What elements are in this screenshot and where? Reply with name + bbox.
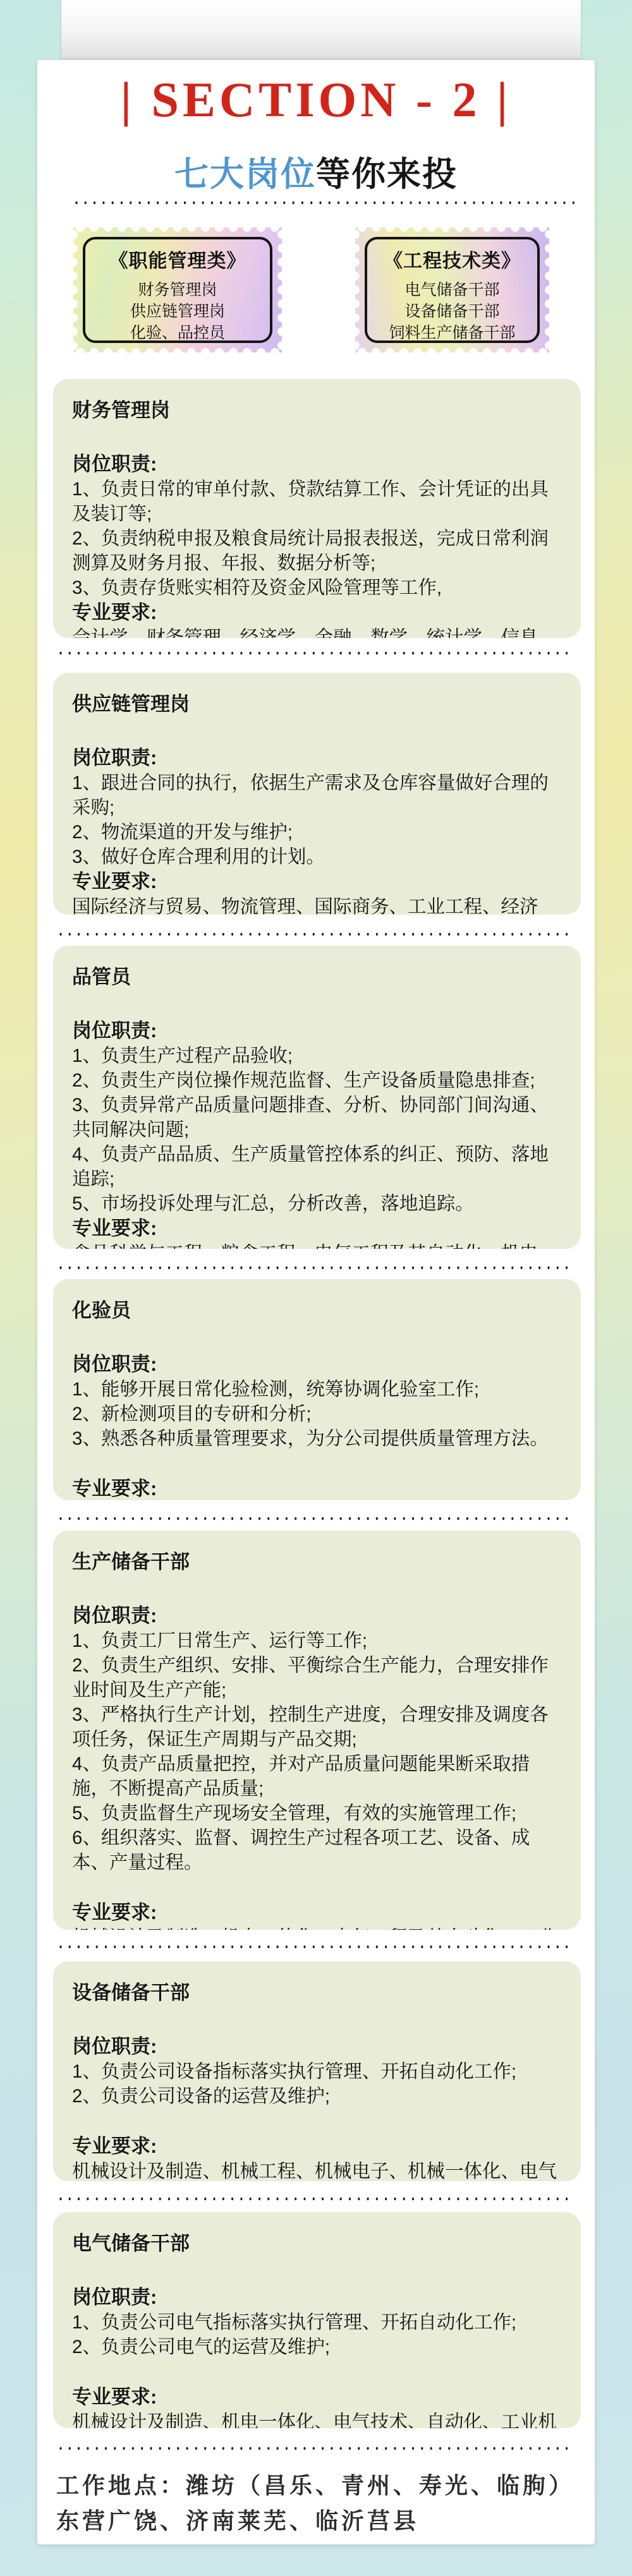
dotted-divider	[56, 2446, 569, 2451]
stamp-line: 供应链管理岗	[73, 301, 282, 322]
duty-line: 5、市场投诉处理与汇总，分析改善，落地追踪。	[72, 1191, 562, 1216]
dotted-divider	[56, 1265, 569, 1270]
dotted-divider	[56, 1516, 569, 1521]
duty-label: 岗位职责:	[72, 1603, 562, 1628]
duty-line: 3、严格执行生产计划，控制生产进度，合理安排及调度各项任务，保证生产周期与产品交…	[72, 1702, 562, 1752]
duty-label: 岗位职责:	[72, 745, 562, 771]
duty-line: 1、跟进合同的执行，依据生产需求及仓库容量做好合理的采购;	[72, 771, 562, 820]
job-title: 电气储备干部	[72, 2227, 562, 2256]
duty-line: 2、负责生产岗位操作规范监督、生产设备质量隐患排查;	[72, 1068, 562, 1093]
subtitle-highlight: 七大岗位	[174, 155, 316, 193]
major-label: 专业要求:	[72, 1476, 562, 1500]
duty-line: 4、负责产品质量把控，并对产品质量问题能果断采取措施，不断提高产品质量;	[72, 1752, 562, 1801]
major-text: 机械设计及制造、机电一体化、电气技术、自动化、工业机器人、化学工程等	[72, 2410, 562, 2428]
duty-label: 岗位职责:	[72, 2034, 562, 2059]
job-title: 财务管理岗	[72, 394, 562, 423]
work-locations-line2: 东营广饶、济南莱芜、临沂莒县	[56, 2503, 574, 2539]
major-text: 机械设计及制造、机械工程、机械电子、机械一体化、电气自动化、农林机械、粮食工程类…	[72, 2159, 562, 2181]
major-text: 机械设计及制造、机电一体化、电气工程及其自动化、工业工程、自动化等优先	[72, 1925, 562, 1930]
major-text: 国际经济与贸易、物流管理、国际商务、工业工程、经济学、金融、数据、数据学大类等	[72, 894, 562, 915]
job-panel-quality-control: 品管员 岗位职责: 1、负责生产过程产品验收;2、负责生产岗位操作规范监督、生产…	[53, 946, 581, 1249]
work-locations-line1: 工作地点：潍坊（昌乐、青州、寿光、临朐）	[56, 2468, 574, 2503]
duty-label: 岗位职责:	[72, 1352, 562, 1377]
job-panel-supply-chain: 供应链管理岗 岗位职责: 1、跟进合同的执行，依据生产需求及仓库容量做好合理的采…	[53, 673, 581, 915]
duty-line: 4、负责产品品质、生产质量管控体系的纠正、预防、落地追踪;	[72, 1142, 562, 1191]
duty-line: 1、能够开展日常化验检测，统筹协调化验室工作;	[72, 1377, 562, 1402]
stamp-line: 设备储备干部	[355, 301, 549, 322]
duty-list: 1、负责公司设备指标落实执行管理、开拓自动化工作;2、负责公司设备的运营及维护;	[72, 2059, 562, 2109]
dotted-divider	[72, 200, 581, 205]
page-curl	[61, 0, 581, 61]
duty-line: 1、负责公司设备指标落实执行管理、开拓自动化工作;	[72, 2059, 562, 2084]
duty-line: 2、负责公司电气的运营及维护;	[72, 2335, 562, 2359]
stamp-title: 《职能管理类》	[73, 245, 282, 273]
duty-line: 2、新检测项目的专研和分析;	[72, 1402, 562, 1426]
stamp-title: 《工程技术类》	[355, 245, 549, 273]
section-title: | SECTION - 2 |	[37, 71, 595, 128]
duty-label: 岗位职责:	[72, 1018, 562, 1044]
stamp-line: 化验、品控员	[73, 322, 282, 344]
duty-line: 3、负责存货账实相符及资金风险管理等工作,	[72, 575, 562, 600]
job-title: 品管员	[72, 961, 562, 989]
duty-line: 1、负责日常的审单付款、贷款结算工作、会计凭证的出具及装订等;	[72, 477, 562, 526]
stamp-line: 财务管理岗	[73, 279, 282, 301]
duty-line: 3、做好仓库合理利用的计划。	[72, 845, 562, 869]
job-panel-equipment-cadre: 设备储备干部 岗位职责: 1、负责公司设备指标落实执行管理、开拓自动化工作;2、…	[53, 1961, 581, 2181]
dotted-divider	[56, 1944, 569, 1949]
major-label: 专业要求:	[72, 600, 562, 625]
dotted-divider	[56, 932, 569, 937]
duty-list: 1、能够开展日常化验检测，统筹协调化验室工作;2、新检测项目的专研和分析;3、熟…	[72, 1377, 562, 1451]
job-panel-lab-technician: 化验员 岗位职责: 1、能够开展日常化验检测，统筹协调化验室工作;2、新检测项目…	[53, 1279, 581, 1500]
job-panel-production-cadre: 生产储备干部 岗位职责: 1、负责工厂日常生产、运行等工作;2、负责生产组织、安…	[53, 1531, 581, 1930]
duty-list: 1、负责工厂日常生产、运行等工作;2、负责生产组织、安排、平衡综合生产能力，合理…	[72, 1628, 562, 1875]
work-locations: 工作地点：潍坊（昌乐、青州、寿光、临朐） 东营广饶、济南莱芜、临沂莒县	[56, 2468, 574, 2539]
major-label: 专业要求:	[72, 1216, 562, 1241]
category-stamps-row: 《职能管理类》 财务管理岗 供应链管理岗 化验、品控员 《工程技术类》 电气储备…	[37, 227, 595, 357]
duty-line: 3、负责异常产品质量问题排查、分析、协同部门间沟通、共同解决问题;	[72, 1093, 562, 1142]
major-label: 专业要求:	[72, 1900, 562, 1925]
duty-list: 1、负责生产过程产品验收;2、负责生产岗位操作规范监督、生产设备质量隐患排查;3…	[72, 1044, 562, 1216]
job-title: 化验员	[72, 1294, 562, 1323]
duty-line: 1、负责公司电气指标落实执行管理、开拓自动化工作;	[72, 2310, 562, 2335]
duty-line: 2、负责纳税申报及粮食局统计局报表报送，完成日常利润测算及财务月报、年报、数据分…	[72, 526, 562, 575]
major-label: 专业要求:	[72, 2385, 562, 2410]
major-label: 专业要求:	[72, 2134, 562, 2159]
duty-list: 1、负责公司电气指标落实执行管理、开拓自动化工作;2、负责公司电气的运营及维护;	[72, 2310, 562, 2359]
stamp-line: 电气储备干部	[355, 279, 549, 301]
duty-line: 2、物流渠道的开发与维护;	[72, 820, 562, 845]
job-panel-electrical-cadre: 电气储备干部 岗位职责: 1、负责公司电气指标落实执行管理、开拓自动化工作;2、…	[53, 2212, 581, 2428]
category-stamp-engineering: 《工程技术类》 电气储备干部 设备储备干部 饲料生产储备干部	[355, 227, 549, 352]
job-title: 设备储备干部	[72, 1977, 562, 2005]
page-subtitle: 七大岗位等你来投	[37, 147, 595, 196]
duty-line: 6、组织落实、监督、调控生产过程各项工艺、设备、成本、产量过程。	[72, 1826, 562, 1875]
dotted-divider	[56, 651, 569, 656]
duty-label: 岗位职责:	[72, 452, 562, 477]
major-text: 会计学、财务管理、经济学、金融、数学、统计学、信息、计算机等	[72, 625, 562, 638]
duty-list: 1、负责日常的审单付款、贷款结算工作、会计凭证的出具及装订等;2、负责纳税申报及…	[72, 477, 562, 600]
subtitle-rest: 等你来投	[316, 155, 458, 193]
major-text: 食品科学与工程、粮食工程、电气工程及其自动化、机电一体化、机械大类、工业工程、农…	[72, 1241, 562, 1249]
duty-line: 2、负责生产组织、安排、平衡综合生产能力，合理安排作业时间及生产产能;	[72, 1653, 562, 1702]
paper-card: | SECTION - 2 | 七大岗位等你来投 《职能管理类》 财务管理岗 供…	[37, 60, 595, 2544]
major-label: 专业要求:	[72, 869, 562, 894]
duty-list: 1、跟进合同的执行，依据生产需求及仓库容量做好合理的采购;2、物流渠道的开发与维…	[72, 771, 562, 869]
dotted-divider	[56, 2196, 569, 2201]
job-title: 生产储备干部	[72, 1546, 562, 1574]
duty-line: 3、熟悉各种质量管理要求，为分公司提供质量管理方法。	[72, 1426, 562, 1451]
duty-label: 岗位职责:	[72, 2285, 562, 2310]
job-panel-finance: 财务管理岗 岗位职责: 1、负责日常的审单付款、贷款结算工作、会计凭证的出具及装…	[53, 379, 581, 638]
category-stamp-functional: 《职能管理类》 财务管理岗 供应链管理岗 化验、品控员	[73, 227, 282, 352]
job-title: 供应链管理岗	[72, 688, 562, 716]
stamp-line: 饲料生产储备干部	[355, 322, 549, 344]
duty-line: 1、负责工厂日常生产、运行等工作;	[72, 1628, 562, 1653]
duty-line: 5、负责监督生产现场安全管理，有效的实施管理工作;	[72, 1801, 562, 1826]
duty-line: 1、负责生产过程产品验收;	[72, 1044, 562, 1068]
duty-line: 2、负责公司设备的运营及维护;	[72, 2084, 562, 2109]
